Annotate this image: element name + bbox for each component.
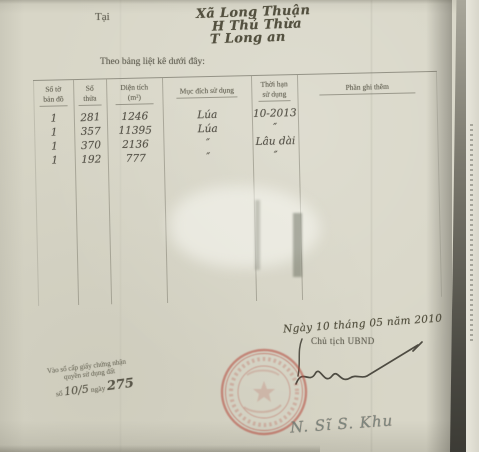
table-cell: Lâu dài [252,134,298,149]
top-edge-shadow [0,0,452,4]
header-duration: Thời hạn sử dụng [251,75,298,106]
table-cell: 777 [108,152,164,166]
table-cell: ″ [164,149,253,165]
registry-note: Vào sổ cấp giấy chứng nhận quyền sử dụng… [47,345,235,401]
paper-crease [120,0,121,452]
registry-prefix: số [55,389,63,399]
underlying-page-microtext [470,124,473,342]
registry-mid: ngày [90,383,106,394]
table-cell: 2136 [107,137,163,152]
scanned-document-photo: Tại Xã Long Thuận H Thủ Thừa T Long an T… [0,0,479,452]
address-line-province: T Long an [210,30,286,48]
header-sheet-no: Số tờ bản đồ [33,80,74,111]
table-cell: 11395 [107,124,163,138]
table-cell: 10-2013 [252,106,298,121]
table-cell [299,145,439,162]
document-page: Tại Xã Long Thuận H Thủ Thừa T Long an T… [0,0,479,452]
table-cell: 1 [34,111,74,126]
header-land-use: Mục đích sử dụng [162,76,252,108]
table-cell: 1 [34,125,74,140]
issue-date-line: Ngày 10 tháng 05 năm 2010 [283,312,443,335]
paper-crease [371,0,372,452]
table-cell: ″ [253,148,299,163]
watermark-smudge [255,200,260,270]
table-cell: 1 [35,153,75,168]
watermark-smudge [293,213,302,277]
location-label: Tại [95,11,110,23]
bottom-edge-shadow [0,445,320,452]
header-notes: Phần ghi thêm [297,72,438,105]
signature [288,338,430,398]
table-cell: 370 [74,138,108,154]
table-cell: 281 [74,110,108,126]
intro-text: Theo bảng liệt kê dưới đây: [100,57,205,67]
table-cell: ″ [252,120,298,135]
page-edge-shadow [426,0,452,452]
registry-handwritten-number: 10/5 [63,382,89,398]
table-cell: 357 [74,124,107,139]
table-cell: 1246 [107,109,163,124]
table-cell: 1 [34,139,74,154]
header-plot-no: Số thửa [73,79,107,110]
header-area: Diện tích (m²) [106,78,163,109]
table-cell: 192 [75,152,108,167]
table-body: 1 281 1246 Lúa 10-2013 1 357 11395 Lúa ″… [34,103,439,168]
